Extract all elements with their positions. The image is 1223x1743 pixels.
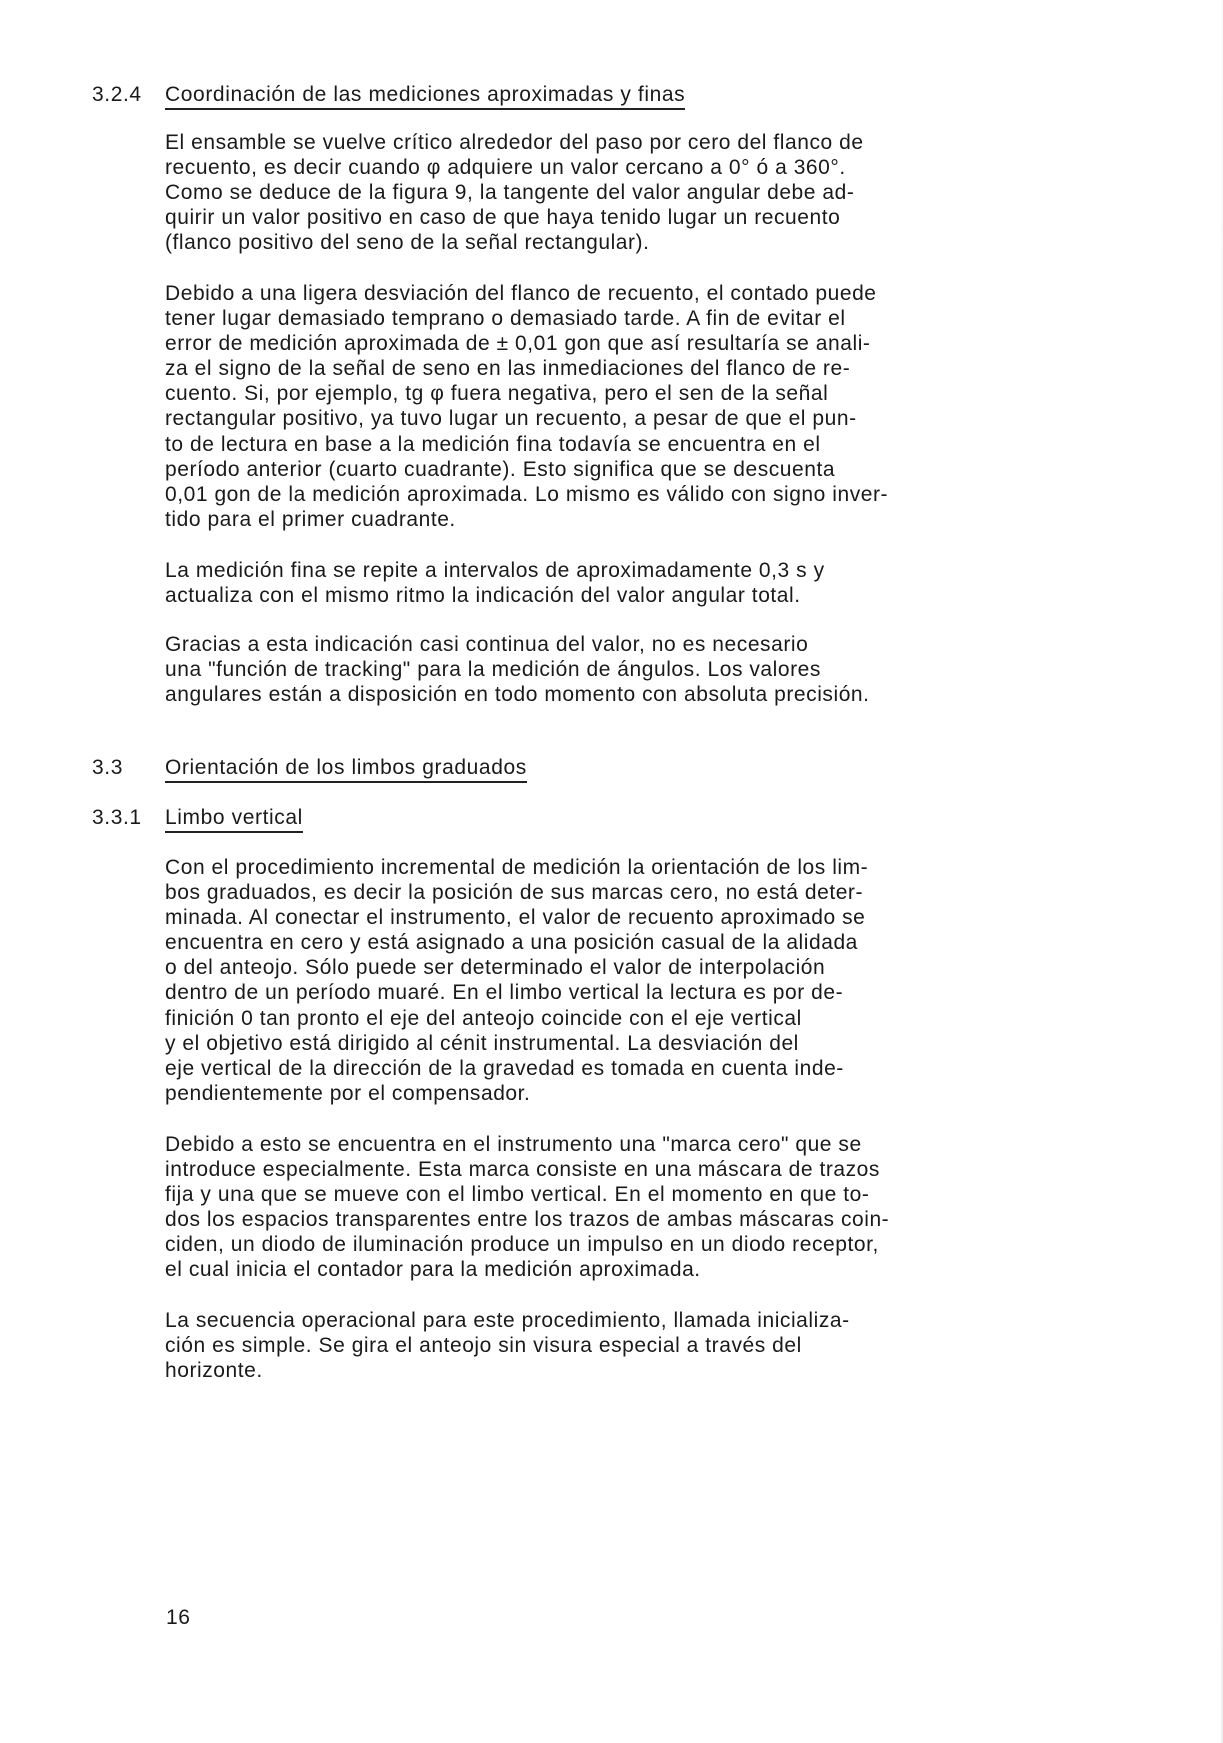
- paragraph: Debido a una ligera desviación del flanc…: [165, 281, 888, 532]
- text-line: La secuencia operacional para este proce…: [165, 1308, 850, 1333]
- text-line: za el signo de la señal de seno en las i…: [165, 356, 888, 381]
- text-line: rectangular positivo, ya tuvo lugar un r…: [165, 406, 888, 431]
- text-line: ciden, un diodo de iluminación produce u…: [165, 1232, 889, 1257]
- text-line: 0,01 gon de la medición aproximada. Lo m…: [165, 482, 888, 507]
- text-line: Debido a una ligera desviación del flanc…: [165, 281, 888, 306]
- page-number: 16: [166, 1606, 191, 1630]
- text-line: Debido a esto se encuentra en el instrum…: [165, 1132, 889, 1157]
- text-line: Con el procedimiento incremental de medi…: [165, 855, 868, 880]
- paragraph: Debido a esto se encuentra en el instrum…: [165, 1132, 889, 1283]
- text-line: introduce especialmente. Esta marca cons…: [165, 1157, 889, 1182]
- text-line: bos graduados, es decir la posición de s…: [165, 880, 868, 905]
- text-line: ción es simple. Se gira el anteojo sin v…: [165, 1333, 850, 1358]
- section-heading-3-3-1: 3.3.1 Limbo vertical: [92, 806, 142, 830]
- section-number: 3.2.4: [92, 83, 142, 107]
- text-line: cuento. Si, por ejemplo, tg φ fuera nega…: [165, 381, 888, 406]
- section-heading-3-2-4: 3.2.4 Coordinación de las mediciones apr…: [92, 83, 142, 107]
- text-line: y el objetivo está dirigido al cénit ins…: [165, 1031, 868, 1056]
- section-title: Coordinación de las mediciones aproximad…: [165, 83, 685, 110]
- section-title: Limbo vertical: [165, 806, 303, 833]
- section-title: Orientación de los limbos graduados: [165, 756, 527, 783]
- text-line: período anterior (cuarto cuadrante). Est…: [165, 457, 888, 482]
- text-line: horizonte.: [165, 1358, 850, 1383]
- text-line: recuento, es decir cuando φ adquiere un …: [165, 155, 864, 180]
- text-line: tido para el primer cuadrante.: [165, 507, 888, 532]
- text-line: El ensamble se vuelve crítico alrededor …: [165, 130, 864, 155]
- text-line: eje vertical de la dirección de la grave…: [165, 1056, 868, 1081]
- text-line: pendientemente por el compensador.: [165, 1081, 868, 1106]
- paragraph: El ensamble se vuelve crítico alrededor …: [165, 130, 864, 255]
- text-line: dentro de un período muaré. En el limbo …: [165, 980, 868, 1005]
- paragraph: La medición fina se repite a intervalos …: [165, 558, 825, 608]
- text-line: una "función de tracking" para la medici…: [165, 657, 870, 682]
- section-number: 3.3.1: [92, 806, 142, 830]
- section-heading-3-3: 3.3 Orientación de los limbos graduados: [92, 756, 123, 780]
- text-line: to de lectura en base a la medición fina…: [165, 432, 888, 457]
- text-line: minada. Al conectar el instrumento, el v…: [165, 905, 868, 930]
- text-line: dos los espacios transparentes entre los…: [165, 1207, 889, 1232]
- text-line: (flanco positivo del seno de la señal re…: [165, 230, 864, 255]
- text-line: La medición fina se repite a intervalos …: [165, 558, 825, 583]
- text-line: Como se deduce de la figura 9, la tangen…: [165, 180, 864, 205]
- text-line: quirir un valor positivo en caso de que …: [165, 205, 864, 230]
- paragraph: La secuencia operacional para este proce…: [165, 1308, 850, 1383]
- text-line: actualiza con el mismo ritmo la indicaci…: [165, 583, 825, 608]
- text-line: o del anteojo. Sólo puede ser determinad…: [165, 955, 868, 980]
- text-line: tener lugar demasiado temprano o demasia…: [165, 306, 888, 331]
- text-line: fija y una que se mueve con el limbo ver…: [165, 1182, 889, 1207]
- paragraph: Gracias a esta indicación casi continua …: [165, 632, 870, 707]
- section-number: 3.3: [92, 756, 123, 780]
- text-line: encuentra en cero y está asignado a una …: [165, 930, 868, 955]
- text-line: finición 0 tan pronto el eje del anteojo…: [165, 1006, 868, 1031]
- text-line: el cual inicia el contador para la medic…: [165, 1257, 889, 1282]
- text-line: angulares están a disposición en todo mo…: [165, 682, 870, 707]
- text-line: Gracias a esta indicación casi continua …: [165, 632, 870, 657]
- paragraph: Con el procedimiento incremental de medi…: [165, 855, 868, 1106]
- text-line: error de medición aproximada de ± 0,01 g…: [165, 331, 888, 356]
- document-page: 3.2.4 Coordinación de las mediciones apr…: [0, 0, 1223, 1743]
